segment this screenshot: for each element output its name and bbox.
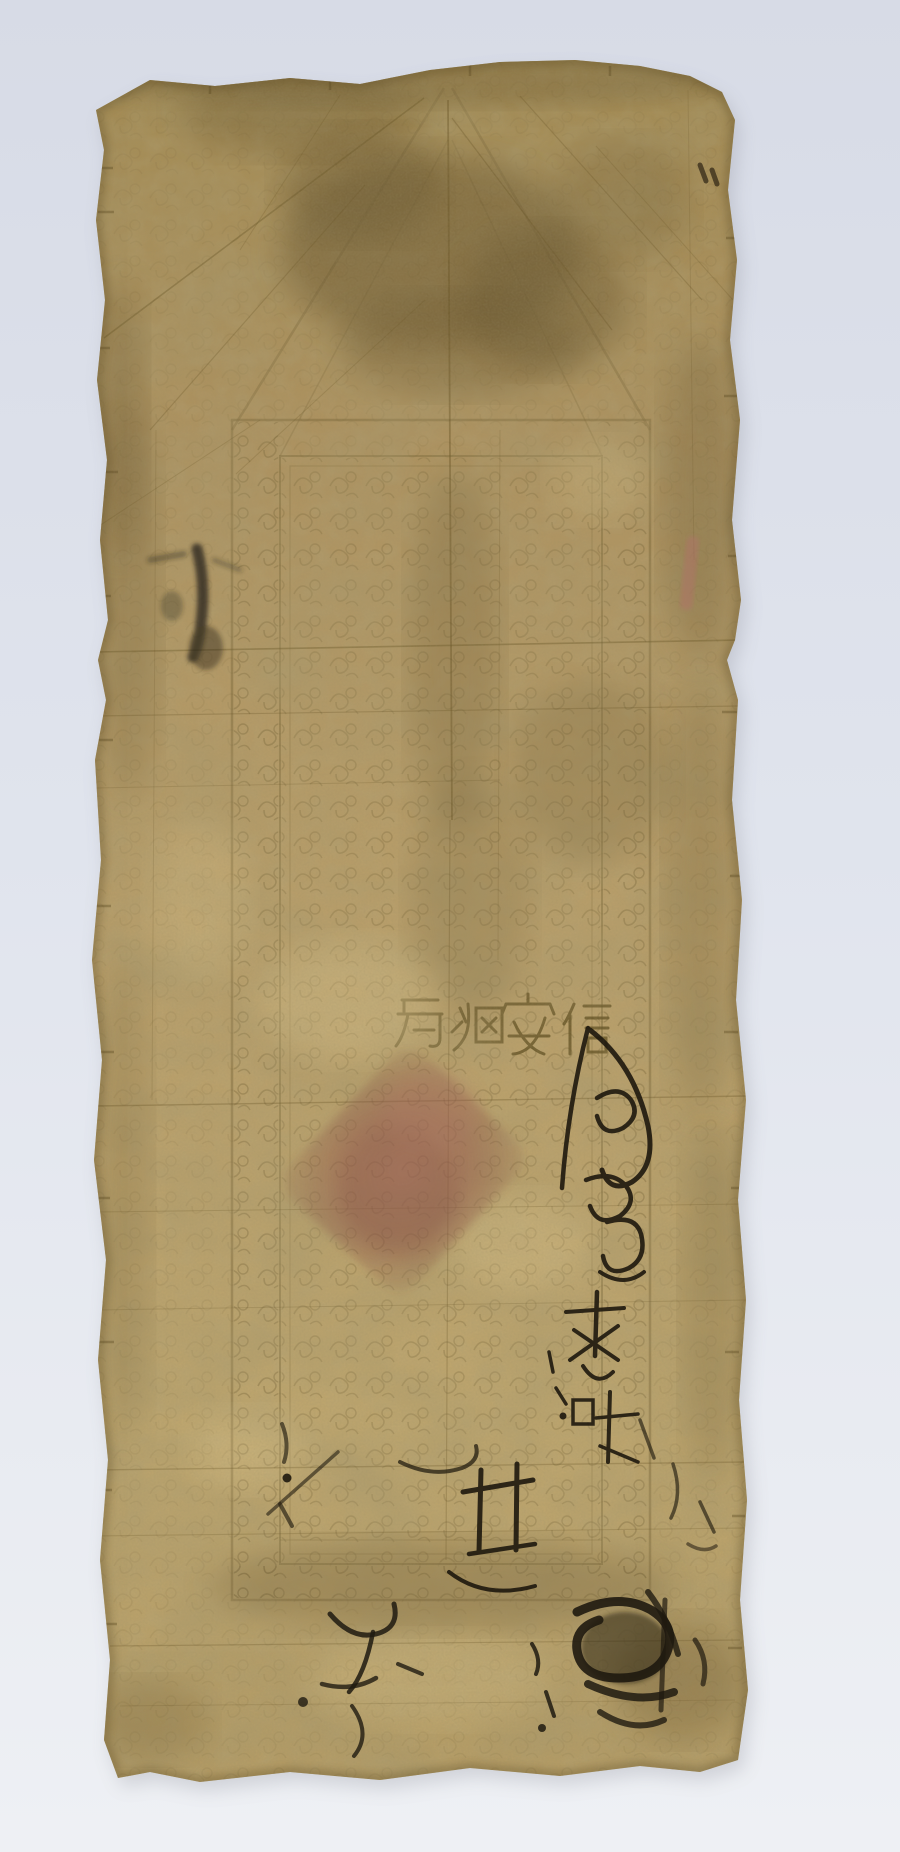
banknote-paper [80,50,760,1795]
banknote-illustration [0,0,900,1852]
banknote-photo: 信安烟房 [0,0,900,1852]
